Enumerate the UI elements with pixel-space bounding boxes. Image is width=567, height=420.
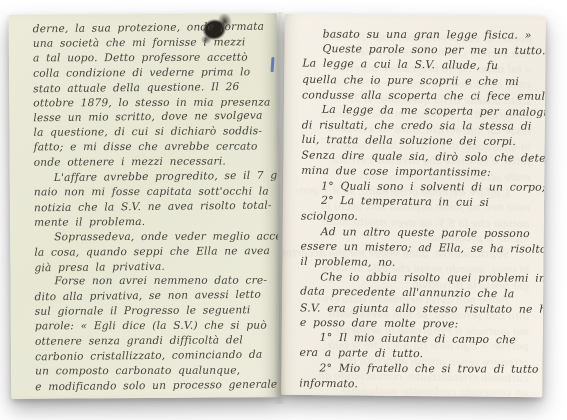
manuscript-line: colla condizione di vederne prima lo — [33, 65, 271, 82]
manuscript-line: la questione, di cui si dichiarò soddis- — [33, 124, 271, 141]
manuscript-line: quella che io pure scoprii e che mi — [302, 72, 541, 89]
manuscript-line: data precedente all'annunzio che la — [300, 284, 539, 302]
manuscript-line: L'affare avrebbe progredito, se il 7 gen… — [34, 169, 272, 187]
manuscript-line: Senza dire quale sia, dirò solo che dete… — [301, 147, 540, 165]
manuscript-line: informato. — [299, 375, 538, 393]
manuscript-scan: derne, la sua protezione, onde formataun… — [0, 0, 567, 420]
manuscript-line: fatto; e mi disse che avrebbe cercato — [34, 140, 272, 156]
manuscript-line: carbonio cristallizzato, cominciando da — [35, 348, 273, 366]
manuscript-line: S.V. era giunta allo stesso risultato ne… — [300, 300, 539, 316]
manuscript-line: mente il problema. — [34, 214, 272, 231]
manuscript-page-right: derne, la sua protezione, onde formataun… — [281, 14, 546, 397]
manuscript-line: una società che mi fornisse i mezzi — [33, 35, 271, 52]
manuscript-line: stato attuale della questione. Il 26 — [33, 79, 271, 97]
manuscript-page-left: derne, la sua protezione, onde formataun… — [9, 13, 280, 399]
manuscript-line: parole: « Egli dice (la S.V.) che si può — [35, 319, 273, 335]
manuscript-line: notizia che la S.V. ne avea risolto tota… — [34, 198, 272, 216]
manuscript-line: derne, la sua protezione, onde formata — [33, 20, 271, 38]
manuscript-line: 2° Mio fratello che si trova di tutto — [299, 361, 538, 377]
manuscript-line: 1° Il mio aiutante di campo che — [300, 330, 539, 348]
left-page-text: derne, la sua protezione, onde formataun… — [9, 13, 280, 399]
manuscript-line: sciolgono. — [301, 209, 540, 225]
manuscript-line: naio non mi fosse capitata sott'occhi la — [34, 184, 272, 200]
manuscript-line: essere un mistero; ad Ella, se ha risolt… — [301, 238, 540, 256]
manuscript-line: di risultati, che credo sia la stessa di — [302, 118, 541, 134]
manuscript-line: sul giornale il Progresso le seguenti — [35, 303, 273, 320]
manuscript-line: a tal uopo. Detto professore accettò — [33, 50, 271, 66]
manuscript-line: un composto carbonato qualunque, — [35, 363, 273, 379]
right-page-text: basato su una gran legge fisica. »Queste… — [281, 14, 546, 397]
manuscript-line: Soprassedeva, onde veder meglio accertat… — [34, 229, 272, 245]
manuscript-line: basato su una gran legge fisica. » — [303, 26, 542, 42]
manuscript-line: dito alla privativa, se non avessi letto — [35, 288, 273, 306]
manuscript-line: e modificando solo un processo generale — [35, 377, 273, 395]
manuscript-line: la cosa, quando seppi che Ella ne avea — [34, 244, 272, 261]
